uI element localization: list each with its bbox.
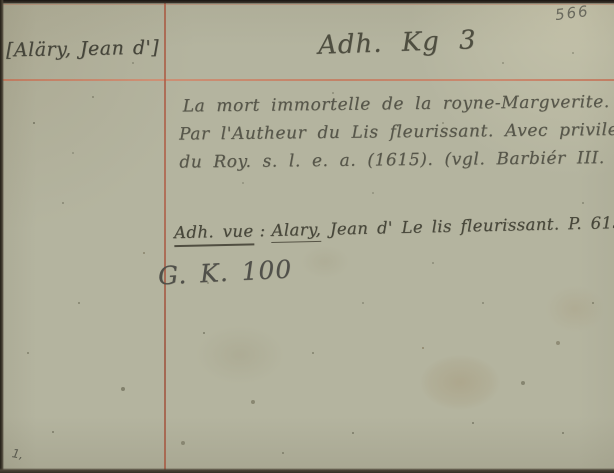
corner-number: 566 — [554, 2, 591, 24]
cross-reference-label: Adh. vue — [174, 221, 254, 247]
pencil-stray-mark: 1, — [11, 446, 25, 462]
scan-edge-left — [0, 0, 4, 473]
shelfmark: Adh. Kg 3 — [318, 25, 478, 61]
cross-reference-line: Adh. vue:Alary, Jean d' Le lis fleurissa… — [174, 213, 614, 242]
paper-stain — [420, 355, 500, 410]
author-heading: [Aläry, Jean d'] — [6, 37, 160, 62]
cross-reference-separator: : — [259, 221, 265, 240]
catalog-card-scan: 566 [Aläry, Jean d'] Adh. Kg 3 La mort i… — [0, 0, 614, 473]
paper-stain — [300, 245, 350, 279]
ruled-line-horizontal — [0, 79, 614, 81]
title-line-3: du Roy. s. l. e. a. (1615). (vgl. Barbié… — [179, 143, 614, 176]
cross-reference-author: Alary, — [271, 220, 321, 243]
title-line-2: Par l'Autheur du Lis fleurissant. Avec p… — [179, 115, 614, 148]
paper-stain — [545, 285, 605, 333]
scan-edge-bottom — [0, 468, 614, 473]
scan-edge-top-redline — [0, 4, 614, 5]
accession-mark: G. K. 100 — [157, 255, 293, 291]
ruled-line-vertical — [164, 0, 166, 473]
paper-stain — [195, 325, 285, 385]
title-line-1: La mort immortelle de la royne-Margverit… — [183, 87, 614, 120]
cross-reference-text: Jean d' Le lis fleurissant. P. 615. — [330, 213, 614, 239]
title-block: La mort immortelle de la royne-Margverit… — [179, 87, 614, 176]
